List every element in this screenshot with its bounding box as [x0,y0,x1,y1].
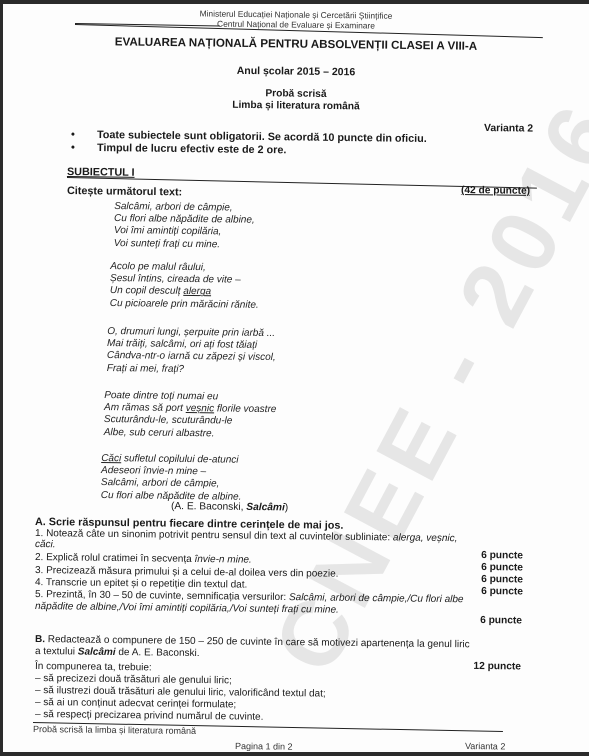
question-1-points: 6 puncte [403,549,523,561]
poem-stanza-2: Acolo pe malul râului, Șesul întins, cir… [110,261,260,312]
footer-variant: Varianta 2 [465,741,505,751]
question-5-cont: năpădite de albine,/Voi îmi amintiți cop… [35,601,339,616]
school-year: Anul școlar 2015 – 2016 [3,62,589,81]
instruction-item: Timpul de lucru efectiv este de 2 ore. [97,142,287,156]
exam-title: EVALUAREA NAȚIONALĂ PENTRU ABSOLVENȚII C… [3,34,589,54]
question-2: 2. Explică rolul cratimei în secvența în… [35,552,252,566]
question-5-points: 6 puncte [402,614,522,626]
poem-line: Cu picioarele prin mărăcini rănite. [110,298,259,312]
part-b-points: 12 puncte [401,660,521,672]
footer-page-number: Pagina 1 din 2 [235,741,293,752]
section-points: (42 de puncte) [461,185,530,197]
part-b-intro: În compunerea ta, trebuie: [35,661,152,673]
poem-line: Salcâmi, arbori de câmpie, [101,477,242,491]
variant-label: Varianta 2 [484,123,533,135]
question-1-cont: căci. [35,539,56,550]
poem-line: Voi sunteți frați cu mine. [114,238,255,252]
requirement-item: – să respecți precizarea privind numărul… [35,709,264,723]
poem-line: Albe, sub ceruri albastre. [104,427,276,441]
poem-line: Voi îmi amintiți copilăria, [114,225,255,239]
poem-attribution: (A. E. Baconski, Salcâmi) [171,501,288,513]
question-2-points: 6 puncte [403,561,523,573]
underlined-word-vesnic: veșnic [186,403,214,414]
poem-stanza-4: Poate dintre toți numai eu Am rămas să p… [104,390,277,441]
part-b-line2: a textului Salcâmi de A. E. Baconski. [35,646,200,659]
question-1: 1. Notează câte un sinonim potrivit pent… [35,528,458,544]
underlined-word-caci: Căci [101,453,121,464]
poem-stanza-3: O, drumuri lungi, șerpuite prin iarbă ..… [107,326,276,377]
poem-stanza-5: Căci sufletul copilului de-atunci Adeseo… [101,453,242,503]
read-prompt: Citește următorul text: [67,185,182,198]
poem-line: Frați ai mei, frați? [107,363,276,377]
question-3-points: 6 puncte [403,573,523,585]
footer-exam-name: Probă scrisă la limba și literatura româ… [33,724,196,736]
exam-page: CNEE - 2016 Ministerul Educației Naționa… [3,4,589,752]
poem-stanza-1: Salcâmi, arbori de câmpie, Cu flori albe… [114,201,255,251]
underlined-word-alerga: alerga [183,286,211,297]
